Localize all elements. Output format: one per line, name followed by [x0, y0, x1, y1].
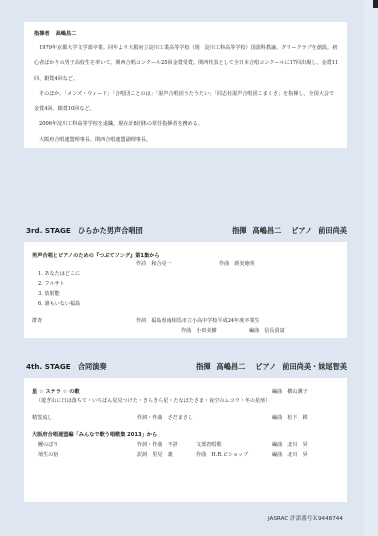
stage3-heading: 3rd. STAGE ひらかた男声合唱団 指揮高嶋昌二ピアノ前田尚美 [26, 224, 347, 238]
work-arranger: 編曲 横山潤子 [272, 388, 308, 395]
stage3-credits: 指揮高嶋昌二ピアノ前田尚美 [226, 226, 347, 236]
work-title: 男声合唱とピアノのための『つぶてソング』第1集から [32, 252, 160, 259]
bio-name: 高嶋昌二 [56, 31, 77, 37]
work-arranger: 編曲 信長貴富 [249, 327, 285, 334]
jasrac-license: JASRAC 許諾番号Ｋ9448744 [268, 514, 343, 522]
song-item: 6. 誰もいない福島 [38, 300, 80, 307]
work-arranger: 編曲 松下 耕 [272, 414, 308, 421]
song-item: 鯉のぼり [38, 441, 58, 448]
stage3-title: 3rd. STAGE ひらかた男声合唱団 [26, 226, 143, 236]
bio-paragraph: 大阪府合唱連盟理事長、関西合唱連盟副理事長。 [34, 133, 339, 148]
page-edge [364, 0, 378, 536]
piano-label: ピアノ [291, 226, 312, 235]
piano-label: ピアノ [255, 362, 276, 371]
conductor-name: 高嶋昌二 [252, 226, 281, 235]
work-composer: 作曲 小田美樹 [181, 327, 217, 334]
bio-heading: 指揮者高嶋昌二 [34, 30, 82, 37]
work-title: 星 ☆ ステラ ☆ の歌 [32, 388, 80, 395]
stage4-credits: 指揮高嶋昌二ピアノ前田尚美・妹尾智美 [190, 362, 347, 372]
work-title: 群青 [32, 317, 42, 324]
pianist-name: 前田尚美・妹尾智美 [282, 362, 347, 371]
conductor-name: 高嶋昌二 [217, 362, 246, 371]
song-item: 3. 放射能 [38, 290, 60, 297]
work-subtitle: （遊ぎ山に日は落ちて・いちばん星見つけた・きらきら星・たなばたさま・夜空のムコウ… [36, 397, 270, 404]
bio-role: 指揮者 [34, 31, 50, 37]
stage4-heading: 4th. STAGE 合同演奏 指揮高嶋昌二ピアノ前田尚美・妹尾智美 [26, 360, 347, 374]
song-item: 埴生の宿 [38, 451, 58, 458]
song-credit: 訳詞 里見 義 [137, 451, 173, 458]
song-credit: 文部省唱歌 [196, 441, 221, 448]
song-arranger: 編曲 北川 昇 [272, 441, 308, 448]
bio-paragraph: 1979年京都大学文学部卒業。同年より大阪府立淀川工業高等学校（現 淀川工科高等… [34, 41, 339, 87]
song-credit: 作詞・作曲 不詳 [137, 441, 178, 448]
song-arranger: 編曲 北川 昇 [272, 451, 308, 458]
bio-paragraph: そのほか、「メンズ・ウィード」「合唱団ことのは」「混声合唱団うたうたい」「同志社… [34, 87, 339, 118]
work-title: 精霊流し [32, 414, 52, 421]
stage4-box: 星 ☆ ステラ ☆ の歌 編曲 横山潤子 （遊ぎ山に日は落ちて・いちばん星見つけ… [24, 378, 347, 502]
work-lyricist: 作詩 和合亮一 [136, 260, 172, 267]
work-lyricist: 作詞 福島県南相馬市立小高中学校平成24年度卒業生 [136, 317, 260, 324]
pianist-name: 前田尚美 [318, 226, 347, 235]
work-lyricist-composer: 作詞・作曲 さだまさし [137, 414, 193, 421]
stage4-title: 4th. STAGE 合同演奏 [26, 362, 107, 372]
work-composer: 作曲 新実徳英 [219, 260, 255, 267]
song-item: 2. フルサト [38, 280, 65, 287]
conductor-label: 指揮 [232, 226, 246, 235]
song-item: 1. あなたはどこに [38, 270, 80, 277]
bio-text: 1979年京都大学文学部卒業。同年より大阪府立淀川工業高等学校（現 淀川工科高等… [34, 41, 339, 148]
conductor-bio-box: 指揮者高嶋昌二 1979年京都大学文学部卒業。同年より大阪府立淀川工業高等学校（… [24, 22, 347, 148]
bio-paragraph: 2006年淀川工科高等学校を退職。現在計8団体の常任指揮者を務める。 [34, 117, 339, 132]
work-title: 大阪府合唱連盟編「みんなで歌う唱歌集 2013」から [32, 431, 157, 438]
conductor-label: 指揮 [196, 362, 210, 371]
corner-mark [373, 0, 378, 8]
song-credit: 作曲 H.R.ビショップ [196, 451, 248, 458]
stage3-box: 男声合唱とピアノのための『つぶてソング』第1集から 作詩 和合亮一 作曲 新実徳… [24, 242, 347, 338]
